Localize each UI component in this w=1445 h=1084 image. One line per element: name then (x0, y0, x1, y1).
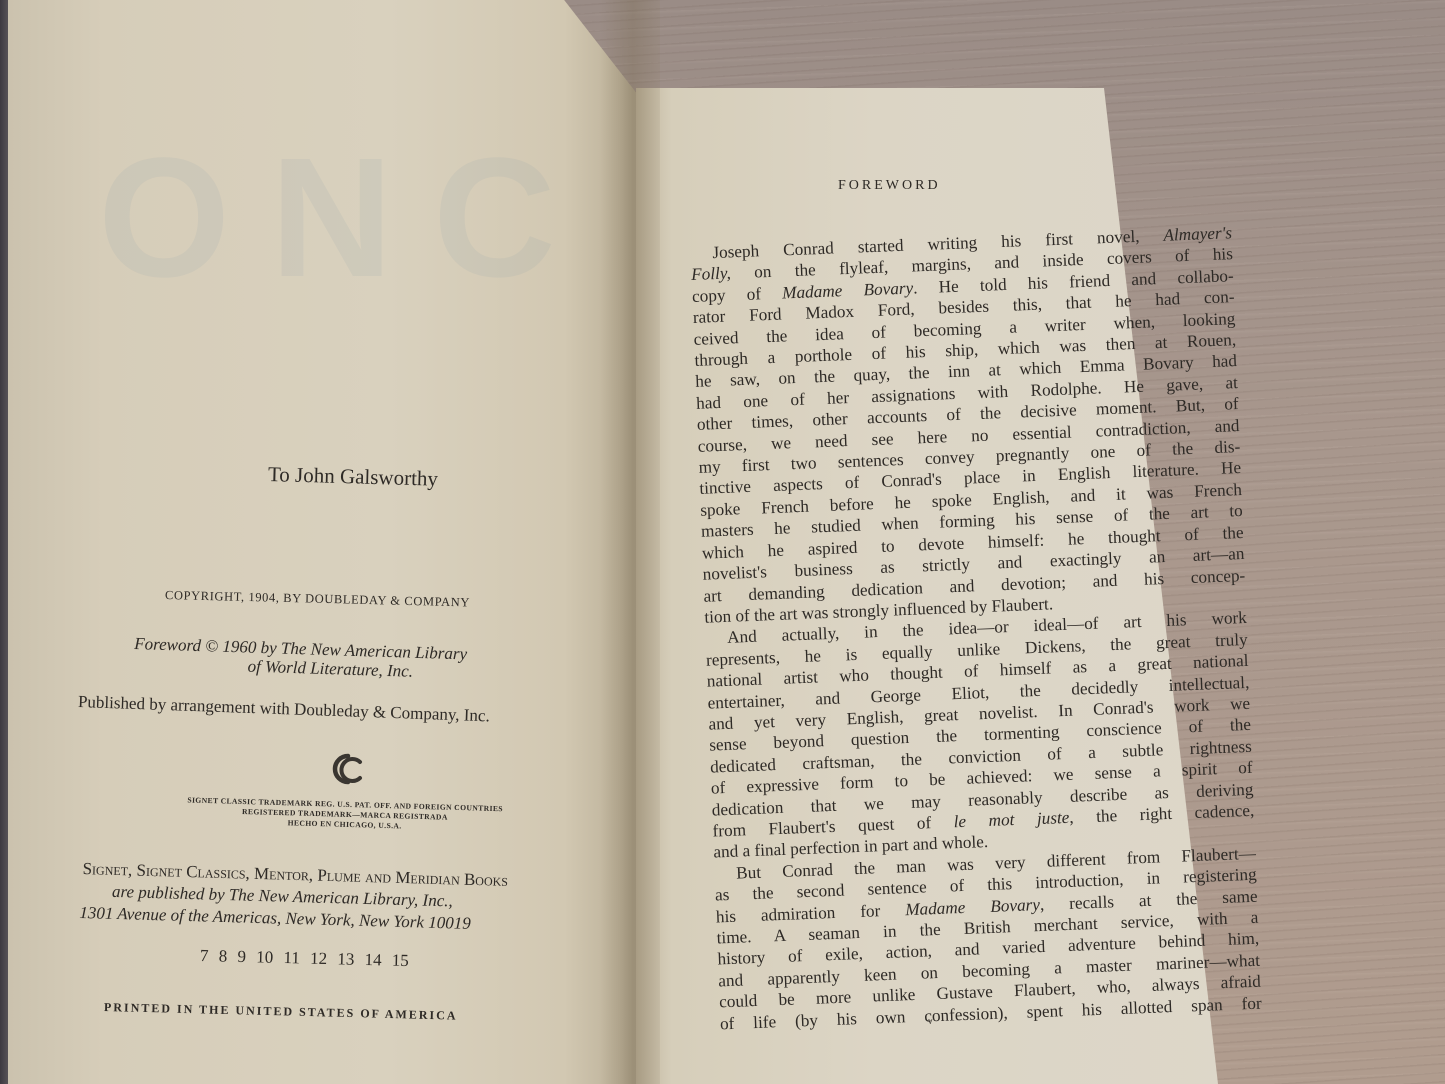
show-through-letters: ONC (98, 120, 596, 316)
italic-title: Almayer's (1163, 223, 1232, 245)
italic-title: Folly, (691, 264, 731, 285)
signet-classic-logo-icon (326, 750, 366, 790)
italic-title: le mot juste (953, 808, 1069, 831)
page-number: v (928, 1016, 933, 1026)
foreword-title: FOREWORD (838, 178, 941, 194)
foreword-body: Joseph Conrad started writing his first … (690, 222, 1262, 1034)
dedication: To John Galsworthy (268, 462, 439, 492)
